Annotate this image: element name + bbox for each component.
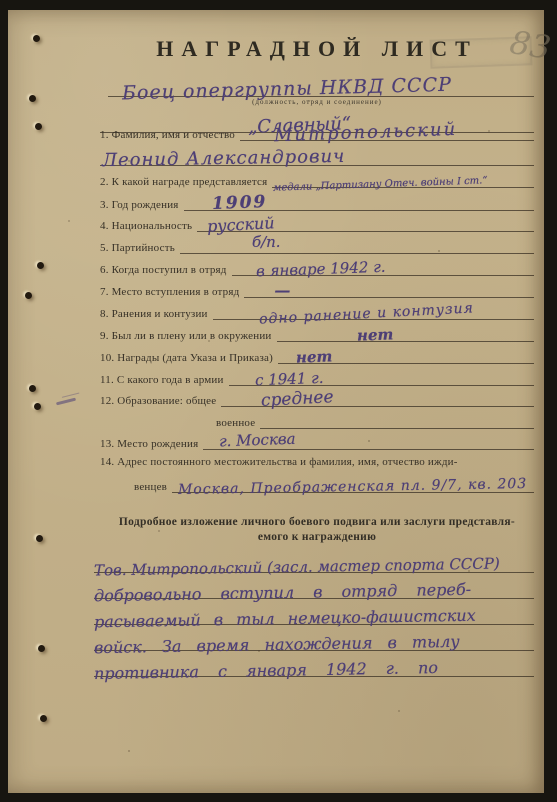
narrative-line: добровольно вступил в отряд переб- — [94, 574, 534, 599]
field-row: Леонид Александрович — [100, 142, 534, 166]
narrative-line: противника с января 1942 г. по — [94, 652, 534, 677]
field-row: 12. Образование: общее среднее — [100, 387, 534, 407]
field-value: нет — [296, 347, 333, 366]
punch-hole — [37, 262, 44, 269]
punch-hole — [29, 385, 36, 392]
award-sheet-page: 83 НАГРАДНОЙ ЛИСТ Боец опергруппы НКВД С… — [8, 10, 544, 793]
field-row: военное — [100, 409, 534, 429]
field-row: 6. Когда поступил в отряд в январе 1942 … — [100, 256, 534, 276]
narrative-line: войск. За время нахождения в тылу — [94, 626, 534, 651]
punch-hole — [34, 403, 41, 410]
form-title: НАГРАДНОЙ ЛИСТ — [100, 36, 534, 62]
punch-hole — [29, 95, 36, 102]
field-value: б/п. — [252, 233, 281, 251]
field-label-continued: венцев — [100, 481, 172, 493]
ink-smudge — [56, 398, 76, 406]
field-row: 10. Награды (дата Указа и Приказа) нет — [100, 344, 534, 364]
field-label: 2. К какой награде представляется — [100, 176, 272, 188]
paper-specks — [8, 10, 10, 12]
field-label: 9. Был ли в плену или в окружении — [100, 330, 277, 342]
field-label: 14. Адрес постоянного местожительства и … — [100, 456, 534, 468]
field-label: 10. Награды (дата Указа и Приказа) — [100, 352, 278, 364]
field-label: 3. Год рождения — [100, 199, 184, 211]
narrative-line: Тов. Митропольский (засл. мастер спорта … — [94, 548, 534, 573]
field-value: г. Москва — [219, 430, 296, 451]
field-row: 1. Фамилия, имя и отчество Митропольский — [100, 121, 534, 141]
field-value: нет — [356, 325, 393, 344]
unit-line-slot: Боец опергруппы НКВД СССР — [108, 70, 534, 97]
punch-hole — [40, 715, 47, 722]
narrative-line: расываемый в тыл немецко-фашистских — [94, 600, 534, 625]
field-row: венцев Москва, Преображенская пл. 9/7, к… — [100, 473, 534, 493]
punch-hole — [38, 645, 45, 652]
field-label: 4. Национальность — [100, 220, 197, 232]
field-sub-label: военное — [100, 417, 260, 429]
field-row: 7. Место вступления в отряд — — [100, 278, 534, 298]
narrative-text: противника с января 1942 г. по — [94, 658, 438, 683]
scanned-document-view: 83 НАГРАДНОЙ ЛИСТ Боец опергруппы НКВД С… — [0, 0, 557, 802]
punch-hole — [36, 535, 43, 542]
field-label: 13. Место рождения — [100, 438, 203, 450]
field-label: 12. Образование: общее — [100, 395, 221, 407]
unit-line-caption: (должность, отряд и соединение) — [100, 98, 534, 106]
section-heading-line2: емого к награждению — [100, 530, 534, 545]
field-row: 9. Был ли в плену или в окружении нет — [100, 322, 534, 342]
field-label: 11. С какого года в армии — [100, 374, 229, 386]
field-label: 5. Партийность — [100, 242, 180, 254]
field-label: 6. Когда поступил в отряд — [100, 264, 232, 276]
field-row: 2. К какой награде представляется медали… — [100, 168, 534, 188]
field-row: 11. С какого года в армии с 1941 г. — [100, 366, 534, 386]
field-row: 5. Партийность б/п. — [100, 234, 534, 254]
punch-hole — [35, 123, 42, 130]
field-row: 3. Год рождения 1909 — [100, 191, 534, 211]
punch-hole — [25, 292, 32, 299]
field-row: 4. Национальность русский — [100, 212, 534, 232]
field-value: Москва, Преображенская пл. 9/7, кв. 203 — [178, 476, 527, 498]
field-row: 8. Ранения и контузии одно ранение и кон… — [100, 300, 534, 320]
field-value: — — [274, 281, 290, 300]
field-label: 7. Место вступления в отряд — [100, 286, 244, 298]
field-row: 13. Место рождения г. Москва — [100, 430, 534, 450]
field-label: 8. Ранения и контузии — [100, 308, 213, 320]
section-heading-line1: Подробное изложение личного боевого подв… — [100, 515, 534, 530]
field-label: 1. Фамилия, имя и отчество — [100, 129, 240, 141]
punch-hole — [33, 35, 40, 42]
